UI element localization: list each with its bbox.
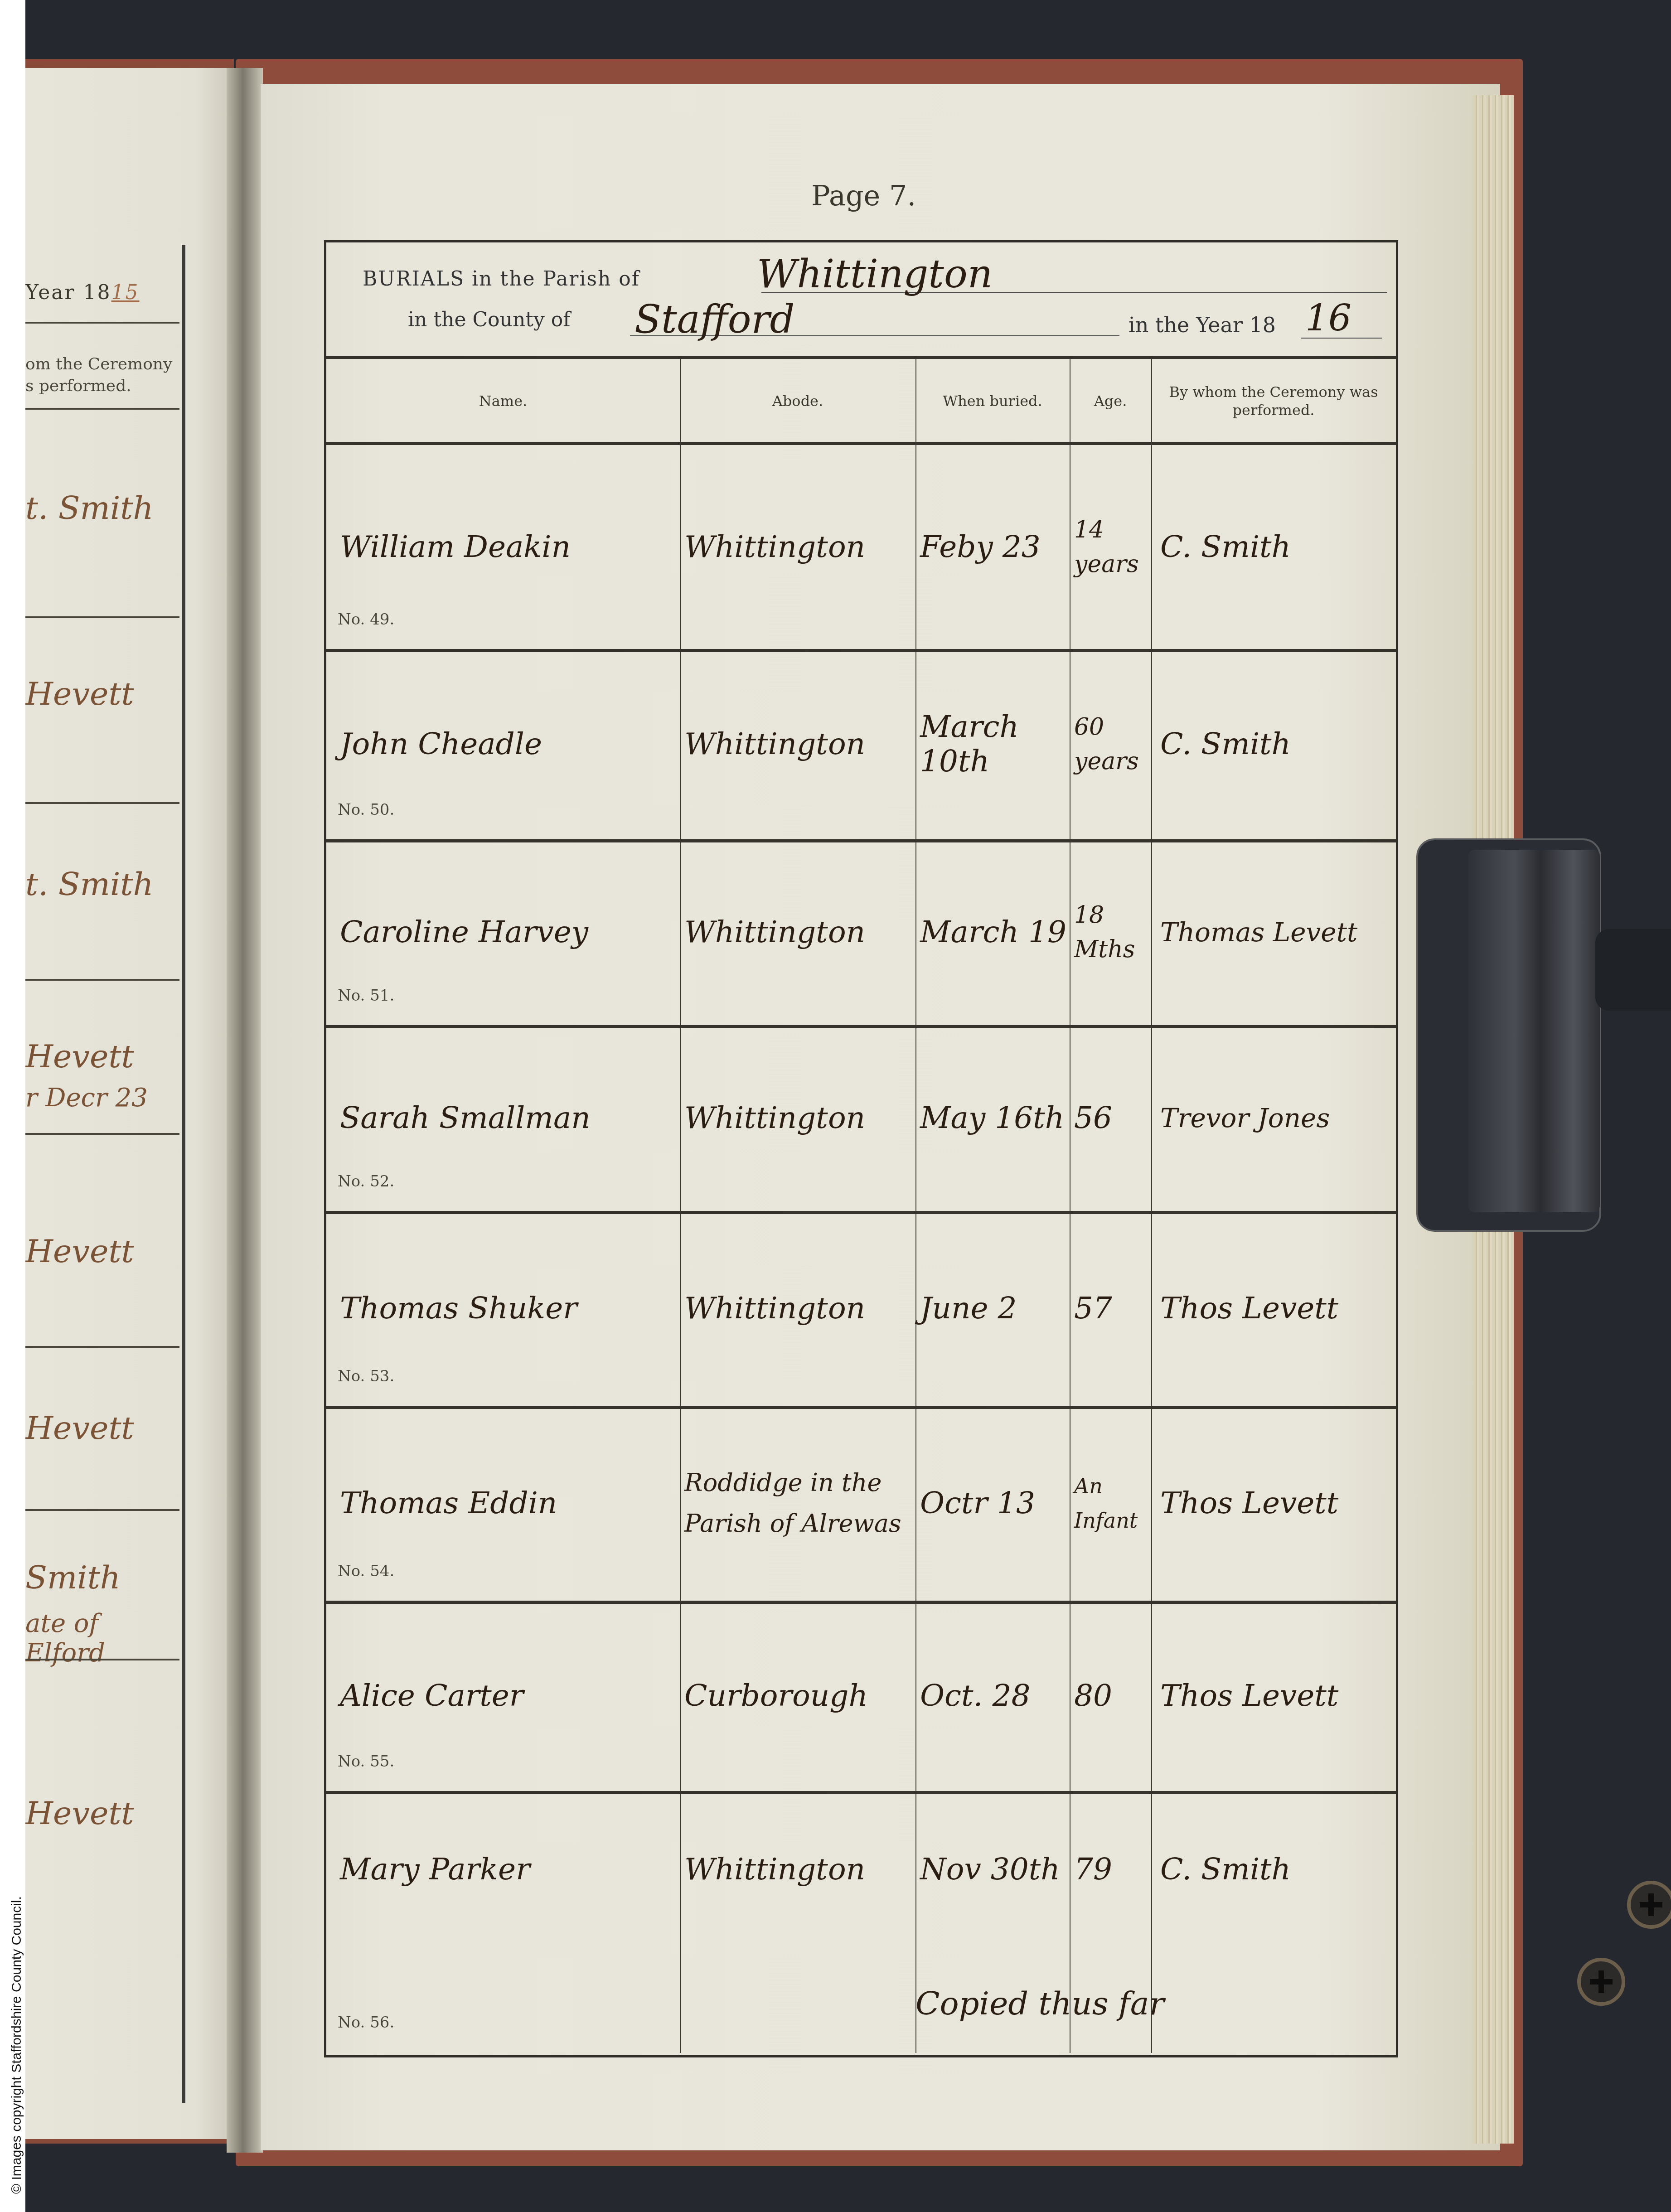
screw-icon [1627,1881,1671,1929]
burial-register: BURIALS in the Parish of Whittington in … [324,240,1398,2057]
left-officiant: t. Smith [25,866,154,903]
entry-when-buried: Feby 23 [920,530,1041,564]
left-page-register: Year 1815 om the Ceremony s performed. t… [25,245,179,2103]
page-number: Page 7. [811,179,916,212]
county-value: Stafford [634,297,795,342]
entry-when-buried: March 10th [920,710,1070,779]
county-label: in the County of [408,308,571,331]
column-header-abode: Abode. [680,360,915,445]
entry-name: John Cheadle [340,727,542,761]
parish-value: Whittington [757,252,993,297]
entry-age: 79 [1074,1852,1112,1887]
entry-abode: Roddidge in the Parish of Alrewas [684,1462,911,1544]
entry-name: Sarah Smallman [340,1101,591,1135]
register-entry: Mary Parker Whittington Nov 30th 79 C. S… [326,1791,1396,2052]
entry-officiant: Thos Levett [1160,1291,1338,1326]
entry-when-buried: June 2 [920,1291,1017,1326]
entry-officiant: C. Smith [1160,1852,1291,1887]
divider [25,1509,179,1511]
entry-officiant: C. Smith [1160,727,1291,761]
register-entry: Thomas Shuker Whittington June 2 57 Thos… [326,1211,1396,1409]
entry-officiant: C. Smith [1160,530,1291,564]
entry-abode: Curborough [684,1679,868,1713]
entry-age: 80 [1074,1679,1112,1713]
binder-clip-handle [1595,929,1671,1011]
entry-abode: Whittington [684,1101,865,1135]
entry-number: No. 55. [338,1752,394,1771]
entry-when-buried: Oct. 28 [920,1679,1031,1713]
entry-name: Thomas Shuker [340,1291,577,1326]
entry-abode: Whittington [684,530,865,564]
divider [25,802,179,804]
entry-number: No. 51. [338,987,394,1005]
register-header: BURIALS in the Parish of Whittington in … [326,242,1396,359]
entry-name: Alice Carter [340,1679,523,1713]
entry-age: 60 years [1074,710,1151,779]
left-officiant: Hevett [25,1795,134,1832]
entry-officiant: Thomas Levett [1160,915,1357,949]
entry-when-buried: Octr 13 [920,1486,1035,1520]
entry-name: Mary Parker [340,1852,530,1887]
register-entry: Alice Carter Curborough Oct. 28 80 Thos … [326,1601,1396,1794]
entry-abode: Whittington [684,1852,865,1887]
left-officiant: Hevett [25,1409,134,1447]
entry-name: Caroline Harvey [340,915,588,949]
entry-officiant: Trevor Jones [1160,1101,1330,1135]
entry-number: No. 52. [338,1172,394,1191]
divider [25,979,179,981]
divider [25,1346,179,1348]
entry-officiant: Thos Levett [1160,1486,1338,1520]
copyright-notice: © Images copyright Staffordshire County … [9,1896,24,2194]
divider [25,408,179,410]
screw-icon [1577,1958,1625,2006]
left-year-heading: Year 1815 [25,281,140,304]
entry-when-buried: March 19 [920,915,1066,949]
entry-name: William Deakin [340,530,571,564]
entry-number: No. 53. [338,1367,394,1385]
book-gutter [227,68,263,2153]
binder-clip-roller [1468,850,1600,1212]
column-header-when-buried: When buried. [915,360,1070,445]
entry-age: An Infant [1074,1469,1151,1538]
register-entry: Thomas Eddin Roddidge in the Parish of A… [326,1406,1396,1604]
left-column-header: om the Ceremony s performed. [25,353,172,397]
entry-age: 56 [1074,1101,1112,1135]
entry-abode: Whittington [684,915,865,949]
register-entry: John Cheadle Whittington March 10th 60 y… [326,649,1396,842]
entry-number: No. 50. [338,801,394,819]
copyright-strip: © Images copyright Staffordshire County … [0,0,25,2212]
divider [25,322,179,324]
year-value: 16 [1305,297,1351,339]
column-header-age: Age. [1070,360,1151,445]
entry-when-buried: Nov 30th [920,1852,1060,1887]
divider [25,616,179,618]
divider [25,1659,179,1660]
entry-abode: Whittington [684,1291,865,1326]
left-year-value: 15 [111,281,140,304]
entry-number: No. 54. [338,1562,394,1580]
left-officiant: r Decr 23 [25,1083,148,1113]
entry-name: Thomas Eddin [340,1486,557,1520]
year-label: in the Year 18 [1129,313,1276,337]
register-entry: William Deakin Whittington Feby 23 14 ye… [326,445,1396,652]
left-officiant: Hevett [25,1038,134,1075]
left-officiant: Hevett [25,675,134,712]
entry-number: No. 56. [338,2014,394,2032]
entry-when-buried: May 16th [920,1101,1064,1135]
left-page-border [182,245,185,2103]
left-officiant: Hevett [25,1233,134,1270]
register-entry: Caroline Harvey Whittington March 19 18 … [326,839,1396,1028]
entry-age: 57 [1074,1291,1112,1326]
divider [25,1133,179,1135]
register-entry: Sarah Smallman Whittington May 16th 56 T… [326,1025,1396,1214]
left-officiant: t. Smith [25,489,154,527]
burials-label: BURIALS in the Parish of [363,267,640,290]
entry-officiant: Thos Levett [1160,1679,1338,1713]
entry-number: No. 49. [338,610,394,629]
entry-age: 14 years [1074,513,1151,581]
entry-age: 18 Mths [1074,898,1151,967]
column-header-officiant: By whom the Ceremony was performed. [1151,360,1396,445]
entry-abode: Whittington [684,727,865,761]
copied-note: Copied thus far [915,1985,1164,2022]
left-officiant: Smith [25,1559,121,1596]
column-header-name: Name. [326,360,680,445]
